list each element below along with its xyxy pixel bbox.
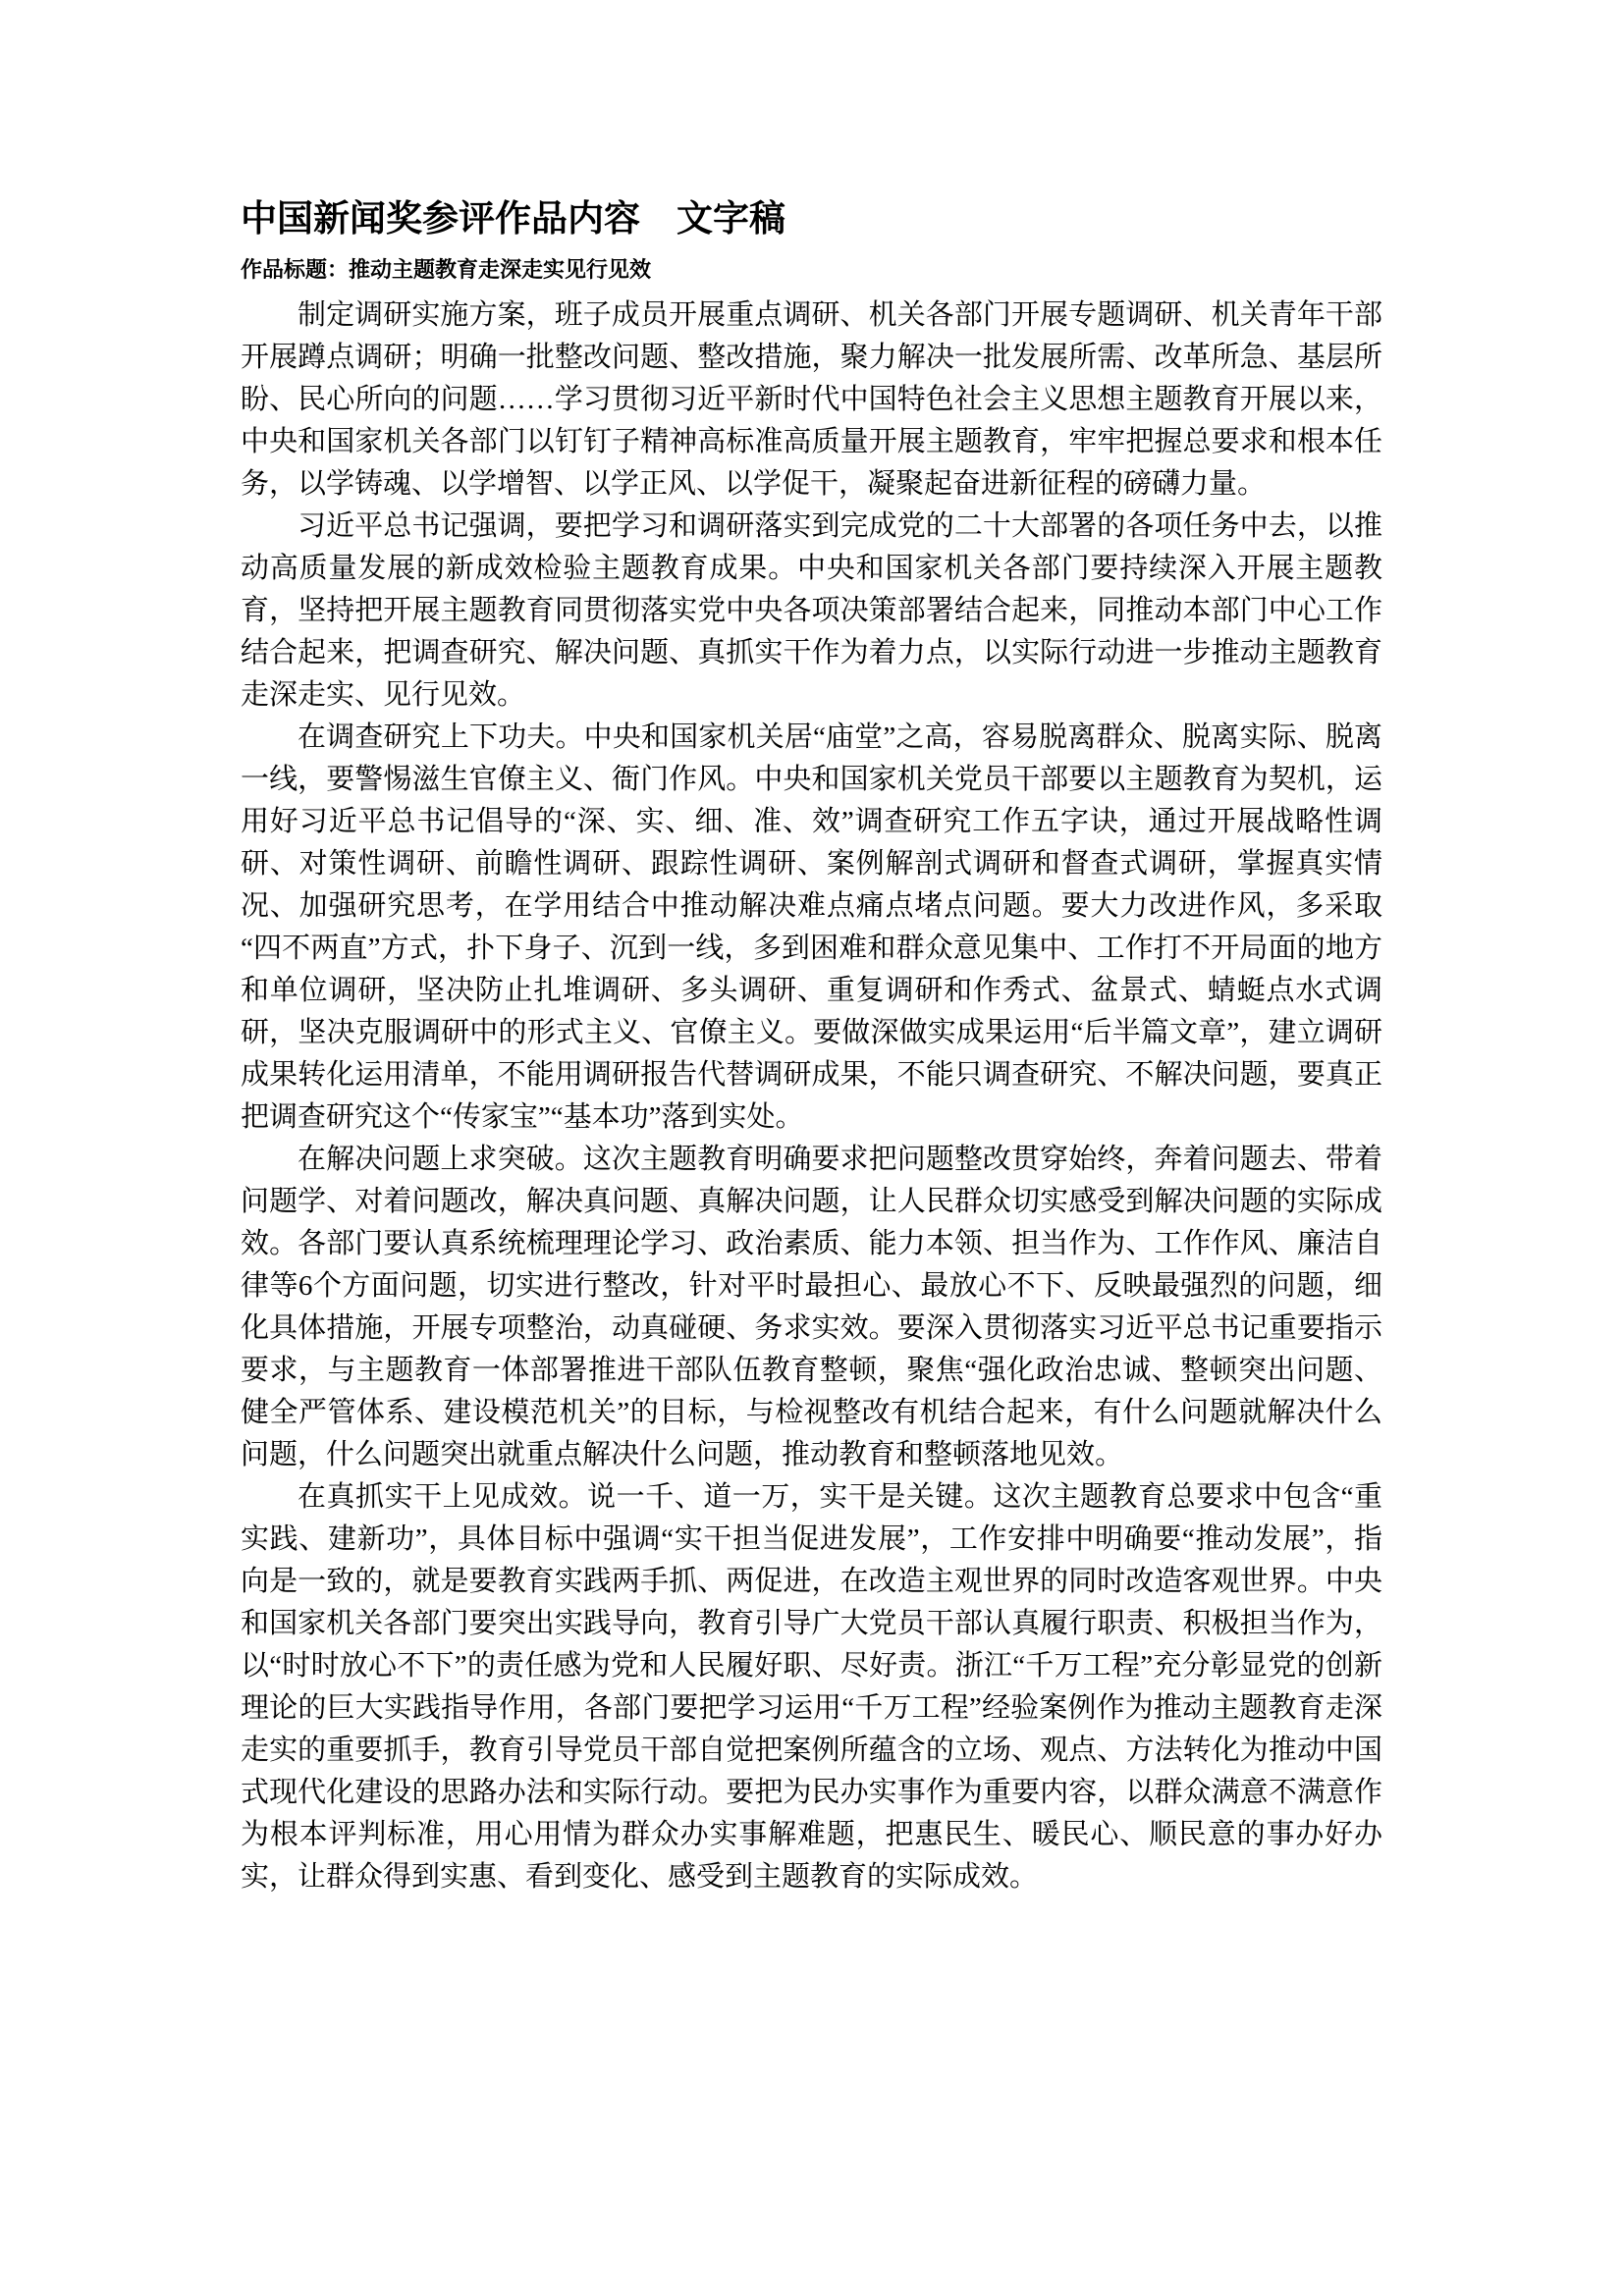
work-title: 作品标题：推动主题教育走深走实见行见效: [241, 255, 1382, 285]
paragraph-4: 在解决问题上求突破。这次主题教育明确要求把问题整改贯穿始终，奔着问题去、带着问题…: [241, 1139, 1382, 1476]
document-page: 中国新闻奖参评作品内容 文字稿 作品标题：推动主题教育走深走实见行见效 制定调研…: [0, 0, 1624, 2296]
paragraph-5: 在真抓实干上见成效。说一千、道一万，实干是关键。这次主题教育总要求中包含“重实践…: [241, 1476, 1382, 1898]
paragraph-3: 在调查研究上下功夫。中央和国家机关居“庙堂”之高，容易脱离群众、脱离实际、脱离一…: [241, 717, 1382, 1139]
paragraph-2: 习近平总书记强调，要把学习和调研落实到完成党的二十大部署的各项任务中去，以推动高…: [241, 506, 1382, 717]
page-title: 中国新闻奖参评作品内容 文字稿: [241, 196, 1382, 243]
document-content: 中国新闻奖参评作品内容 文字稿 作品标题：推动主题教育走深走实见行见效 制定调研…: [241, 196, 1382, 1898]
paragraph-1: 制定调研实施方案，班子成员开展重点调研、机关各部门开展专题调研、机关青年干部开展…: [241, 294, 1382, 506]
